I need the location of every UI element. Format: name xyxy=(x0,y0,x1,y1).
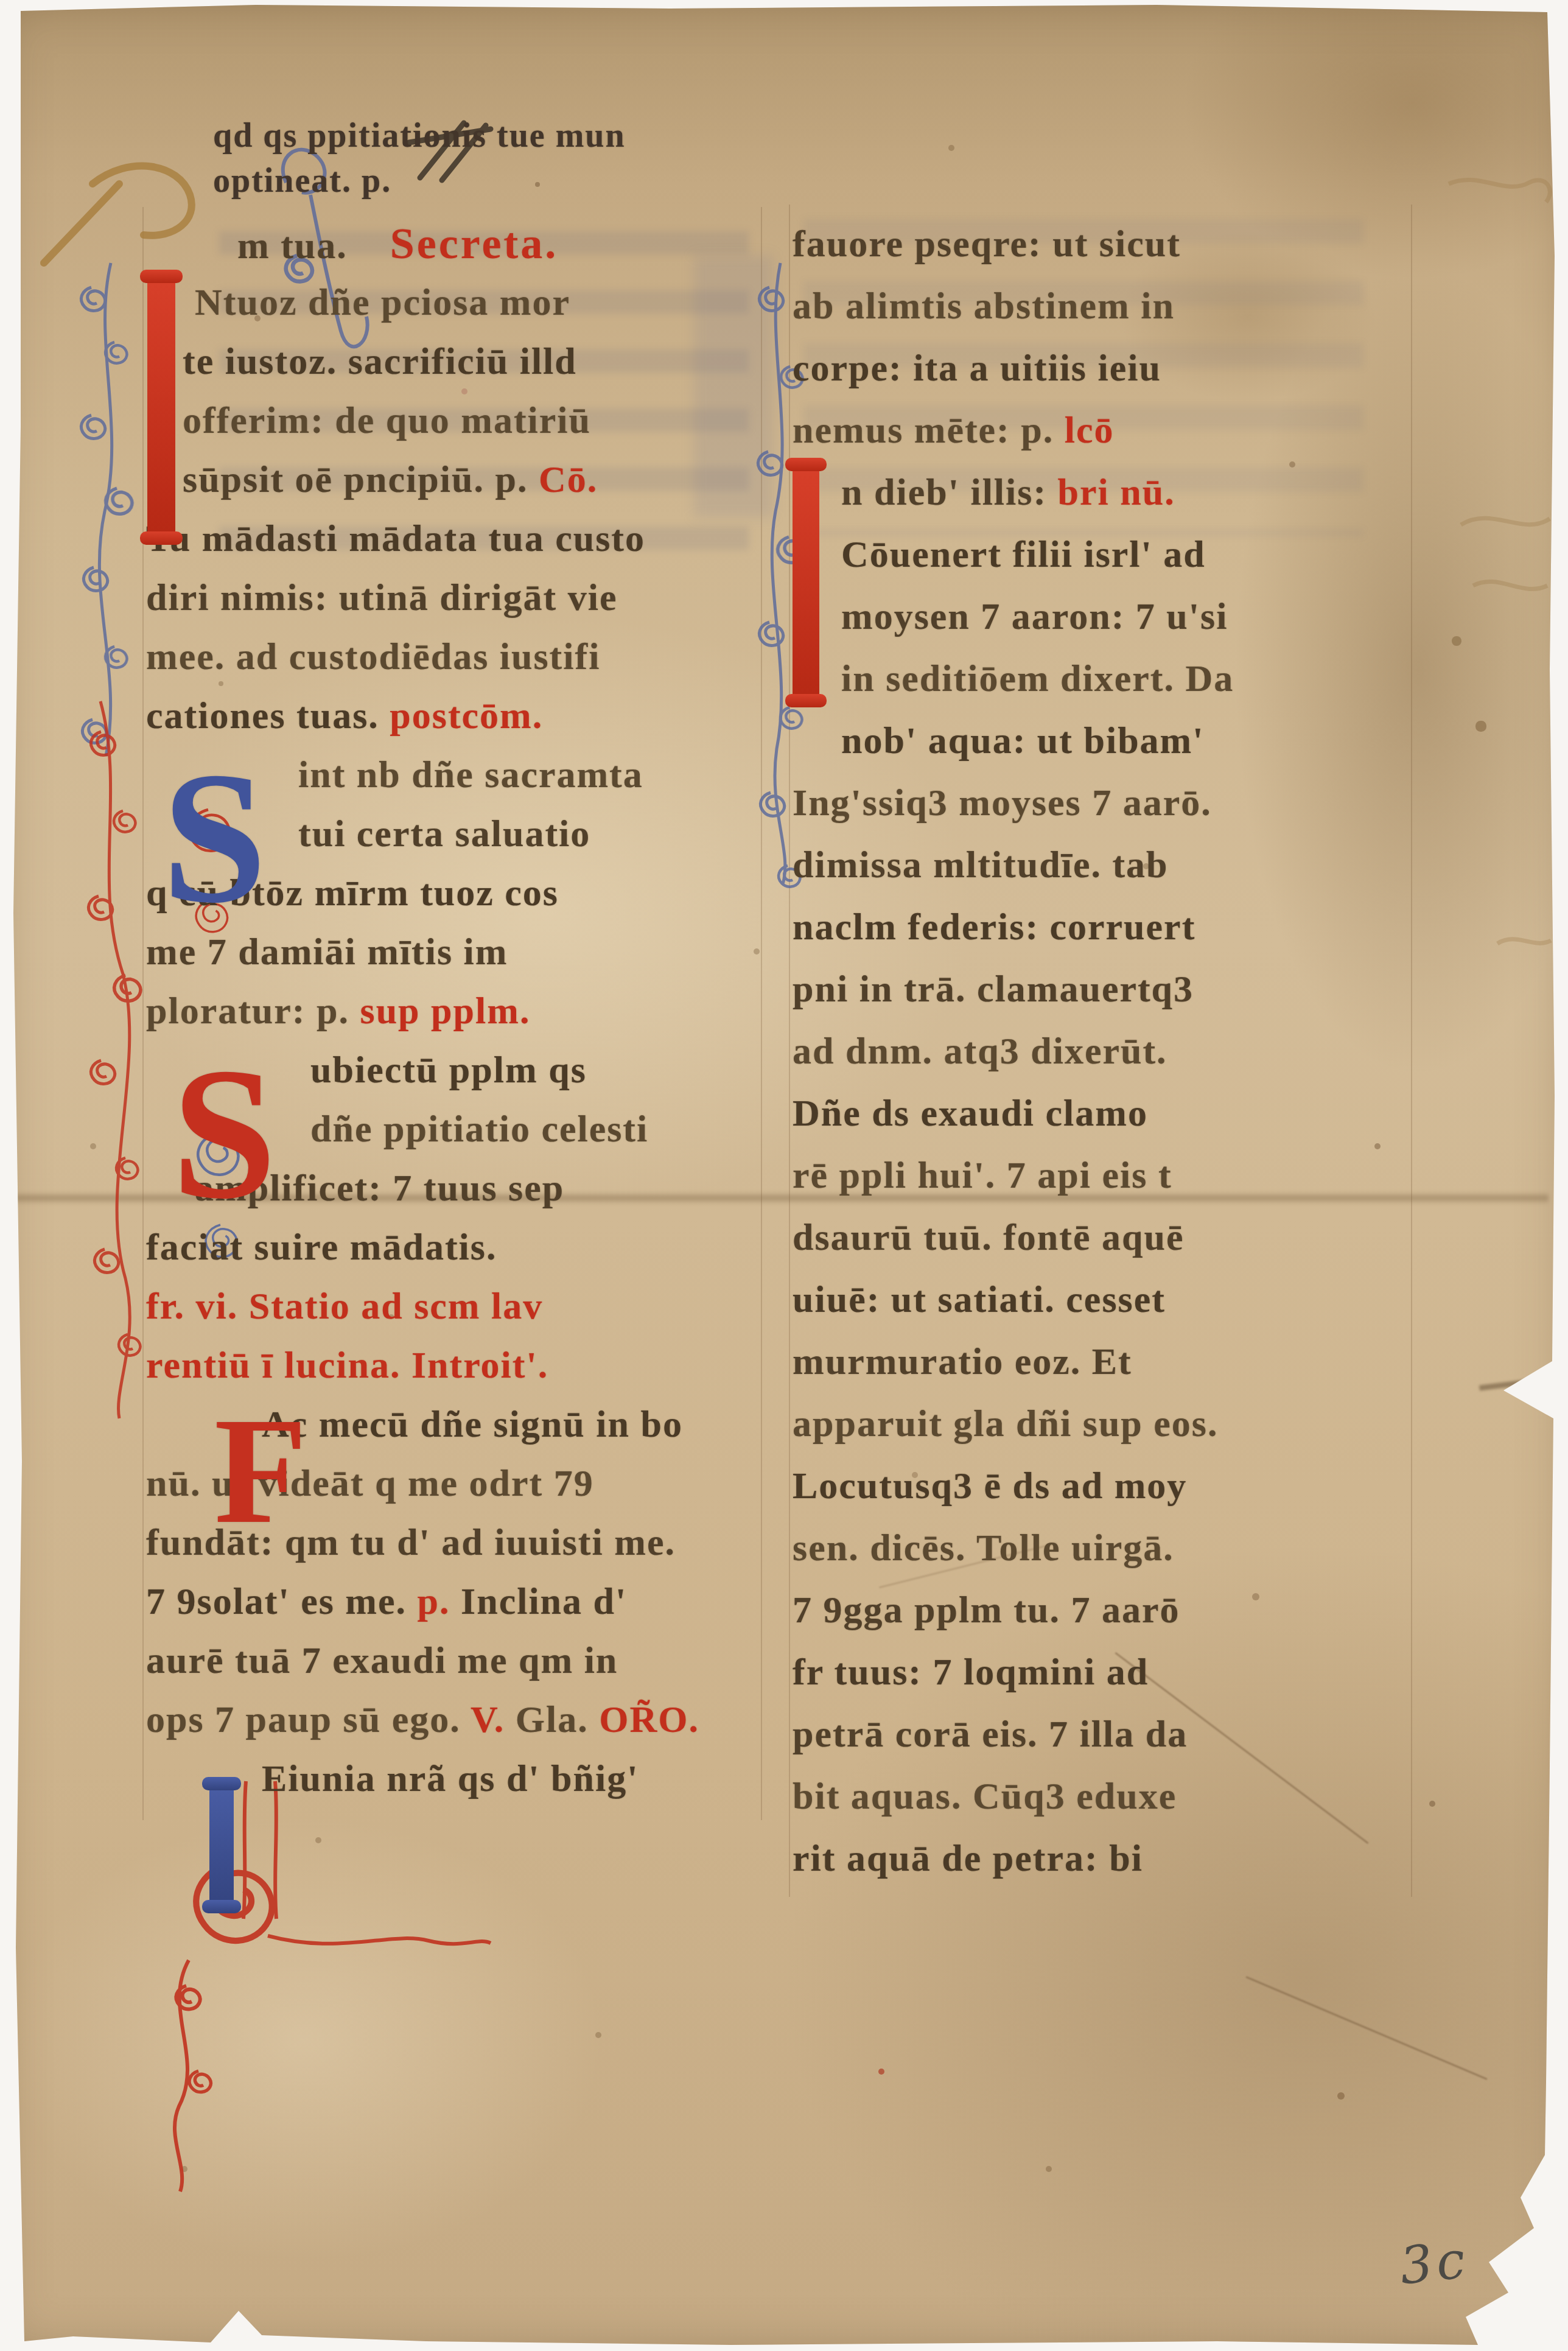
text-run: OR̃O. xyxy=(599,1699,699,1740)
text-run: petrā corā eis. 7 illa da xyxy=(793,1714,1188,1755)
text-run: ad dnm. atq3 dixerūt. xyxy=(793,1031,1167,1072)
initial-s-blue: S xyxy=(162,744,267,933)
text-run: nemus mēte: p. xyxy=(793,410,1065,451)
text-run: p. xyxy=(418,1581,450,1622)
text-line: sen. dicēs. Tolle uirgā. xyxy=(793,1517,1413,1579)
text-run: Dñe ds exaudi clamo xyxy=(793,1093,1148,1134)
text-run: nū. ut videāt q me odrt 79 xyxy=(146,1463,594,1504)
text-line: Ing'ssiq3 moyses 7 aarō. xyxy=(793,772,1413,834)
text-run: offerim: de quo matiriū xyxy=(183,400,591,441)
text-line: dsaurū tuū. fontē aquē xyxy=(793,1207,1413,1269)
text-line: rē ppli hui'. 7 api eis t xyxy=(793,1144,1413,1207)
text-run: V. xyxy=(471,1699,505,1740)
text-run: Cōuenert filii isrl' ad xyxy=(841,534,1206,575)
text-run: m tua. xyxy=(237,225,348,267)
text-run: Ac mecū dñe signū in bo xyxy=(262,1404,683,1445)
text-line: sūpsit oē pncipiū. p. Cō. xyxy=(146,450,765,510)
text-run: sen. dicēs. Tolle uirgā. xyxy=(793,1527,1174,1569)
text-line: moysen 7 aaron: 7 u'si xyxy=(793,586,1413,648)
text-run: Locutusq3 ē ds ad moy xyxy=(793,1465,1187,1507)
right-text-column: fauore pseqre: ut sicutab alimtis abstin… xyxy=(793,213,1413,1890)
text-run: bit aquas. Cūq3 eduxe xyxy=(793,1776,1177,1817)
text-run: Inclina d' xyxy=(450,1581,628,1622)
text-run: dñe ppitiatio celesti xyxy=(310,1109,648,1150)
text-line: aurē tuā 7 exaudi me qm in xyxy=(146,1631,765,1691)
text-line: Tu mādasti mādata tua custo xyxy=(146,510,765,569)
initial-i-red xyxy=(147,273,175,541)
text-run: murmuratio eoz. Et xyxy=(793,1341,1132,1382)
text-run: lcō xyxy=(1065,410,1115,451)
text-line: apparuit gla dñi sup eos. xyxy=(793,1393,1413,1455)
text-line: Locutusq3 ē ds ad moy xyxy=(793,1455,1413,1517)
text-line: corpe: ita a uitiis ieiu xyxy=(793,337,1413,399)
text-run: moysen 7 aaron: 7 u'si xyxy=(841,596,1228,637)
text-run: in seditiōem dixert. Da xyxy=(841,658,1234,699)
text-run: int nb dñe sacramta xyxy=(298,754,643,796)
text-run: sup pplm. xyxy=(360,990,531,1032)
margin-offset-marks xyxy=(1449,180,1551,944)
text-run: Gla. xyxy=(505,1699,599,1740)
initial-i-blue xyxy=(209,1781,234,1910)
parchment-crack xyxy=(1246,1976,1488,2080)
text-run: 7 9gga pplm tu. 7 aarō xyxy=(793,1589,1180,1631)
text-line: te iustoz. sacrificiū illd xyxy=(146,332,765,391)
text-run: naclm federis: corruert xyxy=(793,906,1195,948)
text-run: ops 7 paup sū ego. xyxy=(146,1699,471,1740)
text-line: fr. vi. Statio ad scm lav xyxy=(146,1277,765,1336)
text-run: Secreta. xyxy=(390,219,559,268)
text-run: cationes tuas. xyxy=(146,695,390,737)
text-line: Cōuenert filii isrl' ad xyxy=(793,524,1413,586)
text-run: Cō. xyxy=(539,459,598,500)
text-line: rit aquā de petra: bi xyxy=(793,1827,1413,1890)
text-line: m tua.Secreta. xyxy=(146,214,765,273)
text-run: ab alimtis abstinem in xyxy=(793,286,1175,327)
initial-i-red-right xyxy=(793,461,819,704)
text-line: 7 9gga pplm tu. 7 aarō xyxy=(793,1579,1413,1641)
text-line: Dñe ds exaudi clamo xyxy=(793,1082,1413,1144)
text-run: ploratur: p. xyxy=(146,990,360,1032)
text-run: rentiū ī lucina. Introit'. xyxy=(146,1345,548,1386)
text-run: corpe: ita a uitiis ieiu xyxy=(793,348,1161,389)
manuscript-leaf: qd qs ppitiationis tue mun optineat. p. … xyxy=(0,0,1568,2351)
initial-f-red: F xyxy=(214,1395,307,1547)
edge-tear-shadow xyxy=(1479,1376,1555,1390)
text-run: 7 9solat' es me. xyxy=(146,1581,418,1622)
text-line: pni in trā. clamauertq3 xyxy=(793,958,1413,1020)
text-line: ab alimtis abstinem in xyxy=(793,275,1413,337)
text-run: te iustoz. sacrificiū illd xyxy=(183,341,577,382)
text-run: postcōm. xyxy=(390,695,543,737)
text-line: offerim: de quo matiriū xyxy=(146,391,765,450)
text-line: fr tuus: 7 loqmini ad xyxy=(793,1641,1413,1703)
text-line: nob' aqua: ut bibam' xyxy=(793,710,1413,772)
text-line: uiuē: ut satiati. cesset xyxy=(793,1269,1413,1331)
text-run: dsaurū tuū. fontē aquē xyxy=(793,1217,1184,1258)
text-run: Ntuoz dñe pciosa mor xyxy=(195,282,570,323)
text-line: mee. ad custodiēdas iustifi xyxy=(146,628,765,687)
text-line: fauore pseqre: ut sicut xyxy=(793,213,1413,275)
text-run: fauore pseqre: ut sicut xyxy=(793,223,1181,265)
text-run: pni in trā. clamauertq3 xyxy=(793,969,1194,1010)
text-line: in seditiōem dixert. Da xyxy=(793,648,1413,710)
header-line: qd qs ppitiationis tue mun xyxy=(213,113,626,158)
text-run: tui certa saluatio xyxy=(298,813,590,855)
text-line: dimissa mltitudīe. tab xyxy=(793,834,1413,896)
text-run: uiuē: ut satiati. cesset xyxy=(793,1279,1166,1320)
text-run: mee. ad custodiēdas iustifi xyxy=(146,636,600,678)
corner-mark: 3c xyxy=(1397,2229,1471,2296)
text-line: nemus mēte: p. lcō xyxy=(793,399,1413,461)
text-run: nob' aqua: ut bibam' xyxy=(841,720,1205,762)
header-line: optineat. p. xyxy=(213,158,626,203)
text-run: apparuit gla dñi sup eos. xyxy=(793,1403,1219,1445)
text-line: diri nimis: utinā dirigāt vie xyxy=(146,569,765,628)
text-run: n dieb' illis: xyxy=(841,472,1058,513)
text-run: dimissa mltitudīe. tab xyxy=(793,844,1169,886)
initial-s-red: S xyxy=(172,1040,276,1228)
penwork-left-blue xyxy=(81,263,132,756)
text-run: bri nū. xyxy=(1058,472,1175,513)
text-run: fr tuus: 7 loqmini ad xyxy=(793,1652,1149,1693)
text-line: Ntuoz dñe pciosa mor xyxy=(146,273,765,332)
stain-speckles xyxy=(0,0,4,4)
text-line: n dieb' illis: bri nū. xyxy=(793,461,1413,524)
text-run: Tu mādasti mādata tua custo xyxy=(146,518,645,559)
text-line: ops 7 paup sū ego. V. Gla. OR̃O. xyxy=(146,1691,765,1750)
text-run: sūpsit oē pncipiū. p. xyxy=(183,459,539,500)
text-line: bit aquas. Cūq3 eduxe xyxy=(793,1765,1413,1827)
text-run: Eiunia nrã qs d' bñig' xyxy=(262,1758,639,1799)
text-run: rit aquā de petra: bi xyxy=(793,1838,1143,1879)
left-text-column: m tua.Secreta.Ntuoz dñe pciosa morte ius… xyxy=(146,214,765,1809)
text-line: ad dnm. atq3 dixerūt. xyxy=(793,1020,1413,1082)
text-run: fr. vi. Statio ad scm lav xyxy=(146,1286,543,1327)
text-line: naclm federis: corruert xyxy=(793,896,1413,958)
scan-background: qd qs ppitiationis tue mun optineat. p. … xyxy=(0,0,1568,2351)
text-run: Ing'ssiq3 moyses 7 aarō. xyxy=(793,782,1212,824)
text-line: 7 9solat' es me. p. Inclina d' xyxy=(146,1572,765,1631)
text-run: ubiectū pplm qs xyxy=(310,1049,587,1091)
text-run: aurē tuā 7 exaudi me qm in xyxy=(146,1640,618,1681)
penwork-left-red xyxy=(88,701,141,1418)
ruling-line xyxy=(142,207,144,1820)
text-line: petrā corā eis. 7 illa da xyxy=(793,1703,1413,1765)
header-block: qd qs ppitiationis tue mun optineat. p. xyxy=(213,113,626,203)
text-run: diri nimis: utinā dirigāt vie xyxy=(146,577,617,618)
text-run: rē ppli hui'. 7 api eis t xyxy=(793,1155,1172,1196)
text-line: murmuratio eoz. Et xyxy=(793,1331,1413,1393)
